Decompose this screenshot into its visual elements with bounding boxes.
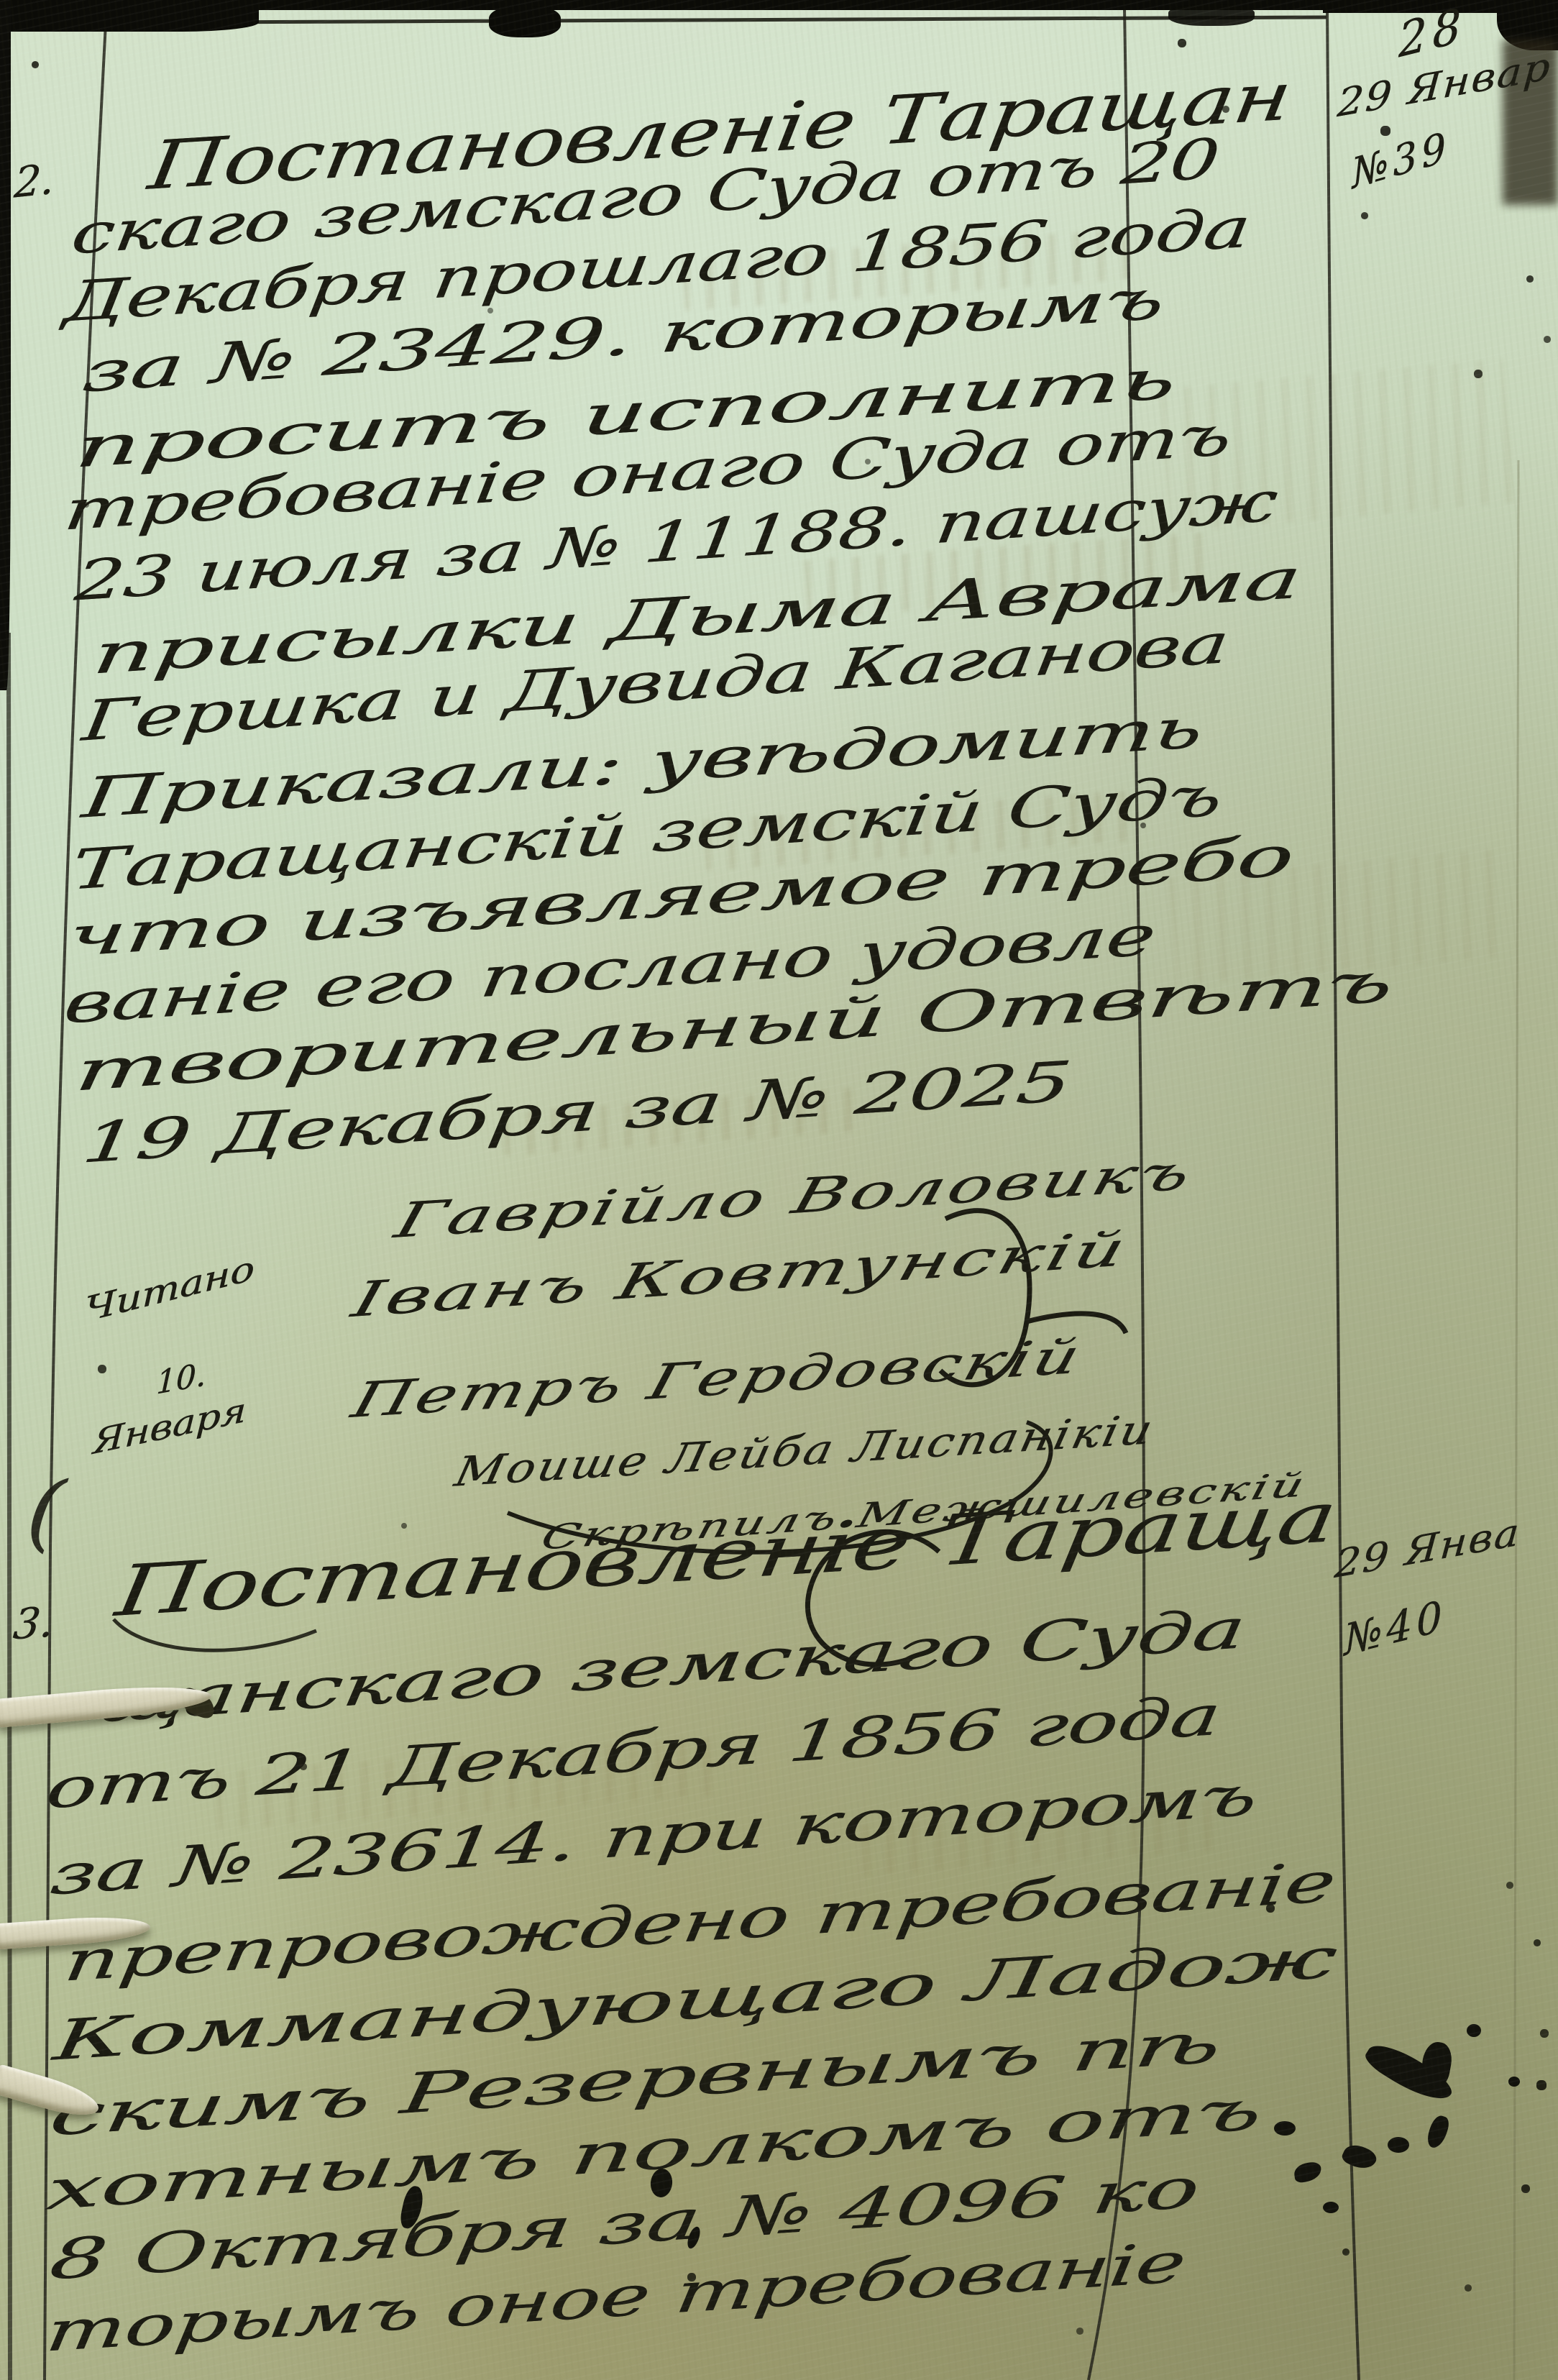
entry2-number: 2. [13,157,55,204]
manuscript-page: 28 29 Январ №39 29 Янва №40 2. 3. Читано… [0,0,1558,2380]
top-edge-band-left [0,0,259,32]
ink-speckles [0,0,3,3]
ink-blot [1467,2024,1481,2037]
top-edge-bump [489,6,561,37]
crease-line [1512,460,1518,2380]
ink-blot [1323,2202,1339,2213]
entry3-number: 3. [12,1601,55,1645]
ink-blot [1508,2077,1520,2087]
top-edge-bump [1168,4,1255,26]
ruled-line-right-outer [1327,9,1359,2380]
left-edge-strip [0,0,11,690]
ruled-line-left-edge [8,633,10,2380]
ink-blot [1388,2137,1409,2153]
ink-blot [1274,2121,1296,2136]
read-note-line: 10. [155,1359,206,1400]
